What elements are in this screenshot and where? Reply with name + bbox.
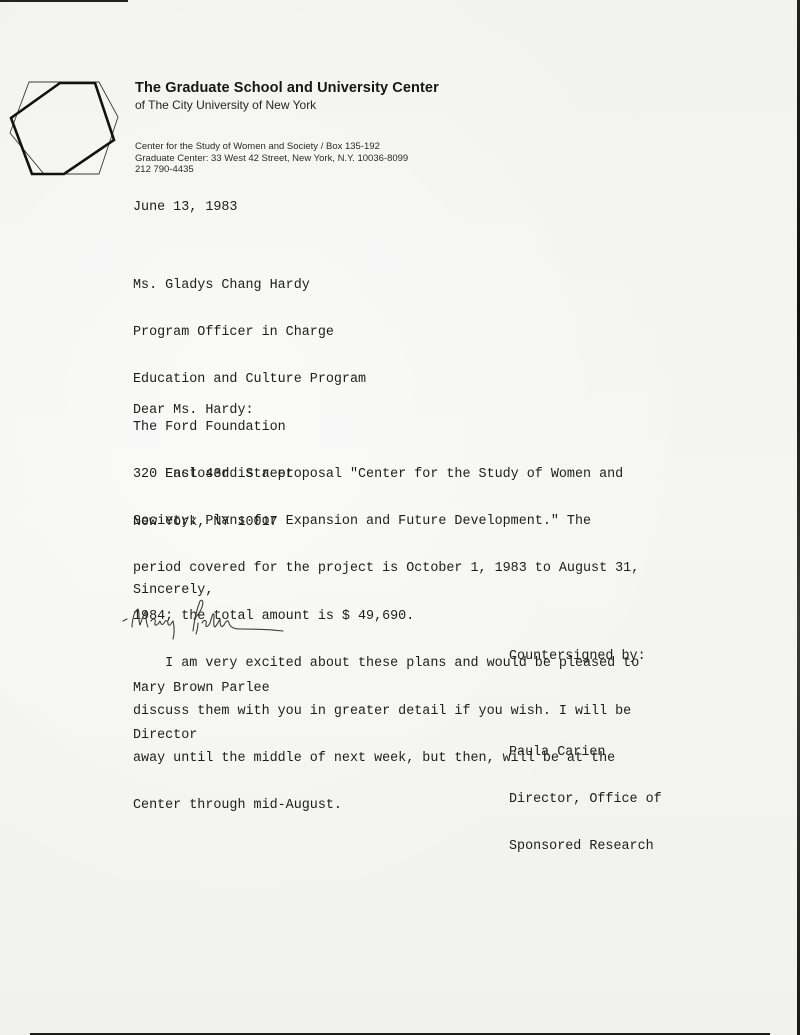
body-line: period covered for the project is Octobe… xyxy=(133,561,639,577)
body-line: Enclosed is a proposal "Center for the S… xyxy=(133,467,639,483)
recipient-line: Program Officer in Charge xyxy=(133,325,366,341)
recipient-line: The Ford Foundation xyxy=(133,420,366,436)
institution-name: The Graduate School and University Cente… xyxy=(135,80,439,96)
sender-name: Mary Brown Parlee xyxy=(133,681,270,697)
sender-block: Mary Brown Parlee Director xyxy=(133,649,270,775)
countersigner-name: Paula Carien xyxy=(509,745,662,761)
countersigner-title: Sponsored Research xyxy=(509,839,662,855)
handwritten-signature-icon xyxy=(118,597,338,647)
countersigner-title: Director, Office of xyxy=(509,792,662,808)
sender-title: Director xyxy=(133,728,270,744)
letter-page: The Graduate School and University Cente… xyxy=(0,0,800,1035)
letterhead-address: Center for the Study of Women and Societ… xyxy=(135,141,408,176)
address-line: Center for the Study of Women and Societ… xyxy=(135,141,408,153)
scan-edge-top xyxy=(0,0,128,2)
interlocking-hexagons-icon xyxy=(6,78,120,182)
recipient-line: Education and Culture Program xyxy=(133,372,366,388)
countersigner-block: Paula Carien Director, Office of Sponsor… xyxy=(509,713,662,887)
letter-date: June 13, 1983 xyxy=(133,200,237,216)
salutation: Dear Ms. Hardy: xyxy=(133,403,254,419)
countersigned-label: Countersigned by: xyxy=(509,649,646,665)
phone-number: 212 790-4435 xyxy=(135,164,408,176)
body-line: Society: Plans for Expansion and Future … xyxy=(133,514,639,530)
address-line: Graduate Center: 33 West 42 Street, New … xyxy=(135,153,408,165)
recipient-line: Ms. Gladys Chang Hardy xyxy=(133,278,366,294)
institution-subtitle: of The City University of New York xyxy=(135,98,316,112)
